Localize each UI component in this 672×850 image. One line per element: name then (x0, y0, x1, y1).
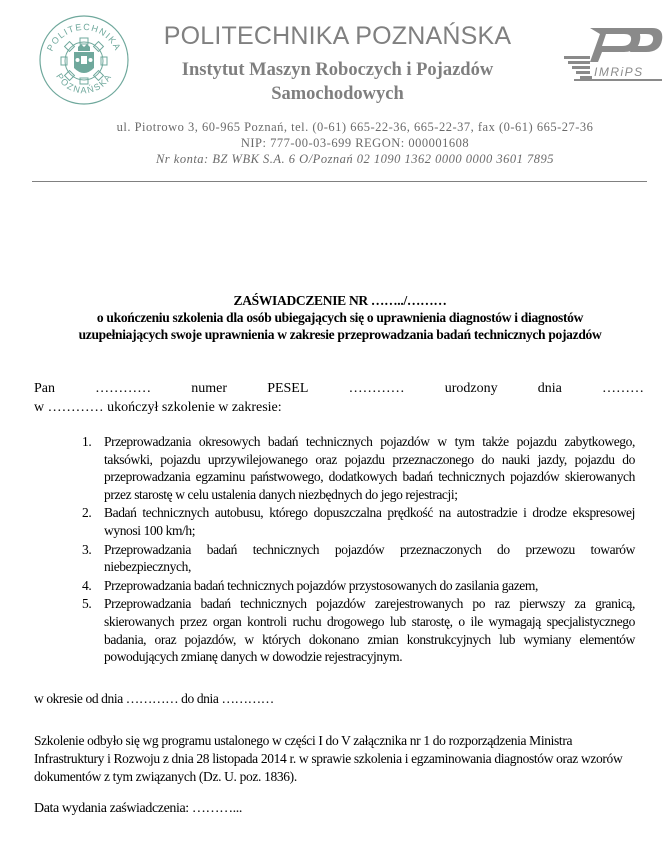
birthplace-row: w ………… ukończył szkolenie w zakresie: (34, 400, 282, 416)
imrips-logo: IMRiPS (560, 24, 665, 86)
certificate-subtitle-line2: uzupełniających swoje uprawnienia w zakr… (20, 326, 660, 343)
institute-name-line2: Samochodowych (140, 82, 535, 106)
list-item-text: Badań technicznych autobusu, którego dop… (104, 505, 635, 538)
list-item-text: Przeprowadzania badań technicznych pojaz… (104, 578, 538, 593)
imrips-logo-icon: IMRiPS (560, 24, 665, 86)
list-item-number: 5. (82, 595, 91, 613)
svg-text:IMRiPS: IMRiPS (594, 65, 644, 79)
salutation-label: Pan (34, 381, 55, 397)
list-item-text: Przeprowadzania okresowych badań technic… (104, 434, 635, 502)
certificate-title: ZAŚWIADCZENIE NR ……../……… (20, 292, 660, 309)
list-item-text: Przeprowadzania badań technicznych pojaz… (104, 542, 635, 575)
number-label: numer (191, 381, 227, 397)
university-name: POLITECHNIKA POZNAŃSKA (140, 22, 535, 51)
born-label: urodzony (445, 381, 498, 397)
list-item: 1.Przeprowadzania okresowych badań techn… (75, 433, 635, 503)
list-item: 4.Przeprowadzania badań technicznych poj… (75, 577, 635, 595)
header-divider (32, 181, 647, 182)
institute-name-line1: Instytut Maszyn Roboczych i Pojazdów (140, 58, 535, 82)
issue-date: Data wydania zaświadczenia: ………... (34, 801, 242, 817)
list-item: 3.Przeprowadzania badań technicznych poj… (75, 541, 635, 576)
bank-account-line: Nr konta: BZ WBK S.A. 6 O/Poznań 02 1090… (40, 152, 670, 167)
pesel-label: PESEL (267, 381, 308, 397)
list-item-text: Przeprowadzania badań technicznych pojaz… (104, 596, 635, 664)
tax-ids-line: NIP: 777-00-03-699 REGON: 000001608 (40, 136, 670, 151)
list-item: 5.Przeprowadzania badań technicznych poj… (75, 595, 635, 665)
certificate-title-block: ZAŚWIADCZENIE NR ……../……… o ukończeniu s… (20, 292, 660, 343)
pesel-blank: ………… (349, 381, 405, 397)
list-item-number: 4. (82, 577, 91, 595)
birth-date-blank: ……… (602, 381, 644, 397)
name-blank: ………… (95, 381, 151, 397)
list-item-number: 2. (82, 504, 91, 522)
training-scope-list: 1.Przeprowadzania okresowych badań techn… (75, 433, 635, 667)
politechnika-seal-logo: POLITECHNIKA POZNAŃSKA (38, 14, 130, 106)
list-item-number: 1. (82, 433, 91, 451)
institute-name: Instytut Maszyn Roboczych i Pojazdów Sam… (140, 58, 535, 106)
person-details-row: Pan ………… numer PESEL ………… urodzony dnia … (34, 381, 644, 397)
list-item-number: 3. (82, 541, 91, 559)
list-item: 2.Badań technicznych autobusu, którego d… (75, 504, 635, 539)
address-line: ul. Piotrowo 3, 60-965 Poznań, tel. (0-6… (40, 120, 670, 135)
politechnika-poznanska-seal-icon: POLITECHNIKA POZNAŃSKA (38, 14, 130, 106)
training-period: w okresie od dnia ………… do dnia ………… (34, 691, 274, 707)
svg-text:POZNAŃSKA: POZNAŃSKA (54, 72, 114, 96)
program-paragraph: Szkolenie odbyło się wg programu ustalon… (34, 732, 639, 786)
day-label: dnia (538, 381, 562, 397)
certificate-subtitle-line1: o ukończeniu szkolenia dla osób ubiegają… (20, 309, 660, 326)
